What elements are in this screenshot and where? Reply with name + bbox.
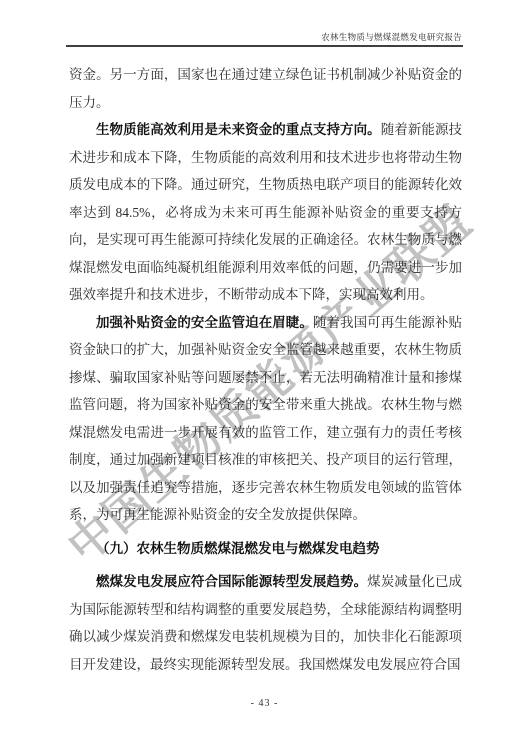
text-segment: 加强补贴资金的安全监管迫在眉睫。 xyxy=(96,315,313,330)
document-page: 农林生物质与燃煤混燃发电研究报告 中国生物质能源产业联盟 资金。另一方面，国家也… xyxy=(0,0,529,744)
body-paragraph: 资金。另一方面，国家也在通过建立绿色证书机制减少补贴资金的压力。 xyxy=(69,61,462,116)
text-segment: 随着新能源技术进步和成本下降，生物质能的高效利用和技术进步也将带动生物质发电成本… xyxy=(69,122,462,302)
text-segment: （九）农林生物质燃煤混燃发电与燃煤发电趋势 xyxy=(96,541,380,556)
text-segment: 随着我国可再生能源补贴资金缺口的扩大，加强补贴资金安全监管越来越重要，农林生物质… xyxy=(69,315,462,523)
body-paragraph: 加强补贴资金的安全监管迫在眉睫。随着我国可再生能源补贴资金缺口的扩大，加强补贴资… xyxy=(69,309,462,529)
page-number: - 43 - xyxy=(0,698,529,709)
running-header-title: 农林生物质与燃煤混燃发电研究报告 xyxy=(321,31,462,43)
body-paragraph: 燃煤发电发展应符合国际能源转型发展趋势。煤炭减量化已成为国际能源转型和结构调整的… xyxy=(69,568,462,678)
section-heading: （九）农林生物质燃煤混燃发电与燃煤发电趋势 xyxy=(69,535,462,563)
header-rule xyxy=(66,45,463,47)
text-segment: 燃煤发电发展应符合国际能源转型发展趋势。 xyxy=(96,574,367,589)
text-segment: 生物质能高效利用是未来资金的重点支持方向。 xyxy=(96,122,381,137)
text-segment: 资金。另一方面，国家也在通过建立绿色证书机制减少补贴资金的压力。 xyxy=(69,67,462,110)
body-text-block: 资金。另一方面，国家也在通过建立绿色证书机制减少补贴资金的压力。生物质能高效利用… xyxy=(69,61,462,678)
body-paragraph: 生物质能高效利用是未来资金的重点支持方向。随着新能源技术进步和成本下降，生物质能… xyxy=(69,116,462,309)
